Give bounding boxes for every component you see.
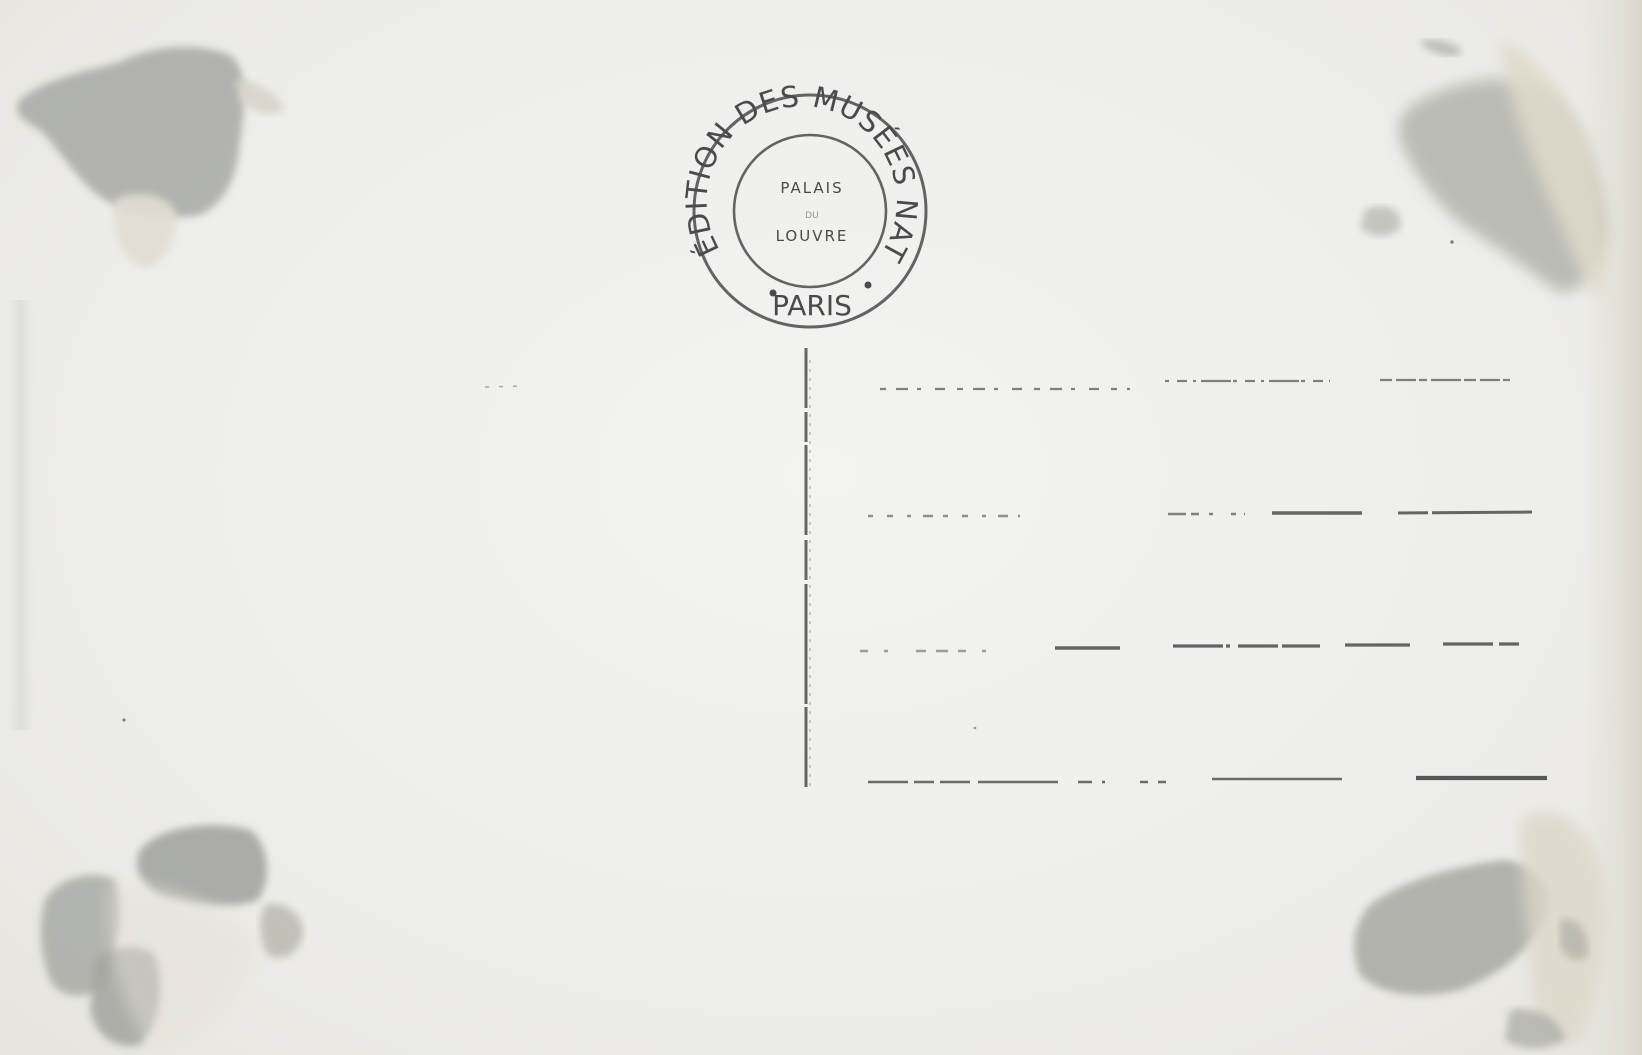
stamp-center-line-3: LOUVRE bbox=[776, 227, 849, 245]
postcard-back: ÉDITION DES MUSÉES NATIONAUX PARIS PALAI… bbox=[0, 0, 1642, 1055]
publisher-stamp: ÉDITION DES MUSÉES NATIONAUX PARIS PALAI… bbox=[0, 0, 1642, 1055]
stamp-dot-right bbox=[865, 282, 872, 289]
stamp-center-line-1: PALAIS bbox=[780, 179, 843, 197]
stamp-city: PARIS bbox=[772, 289, 852, 322]
stamp-center-line-2: DU bbox=[805, 211, 819, 221]
